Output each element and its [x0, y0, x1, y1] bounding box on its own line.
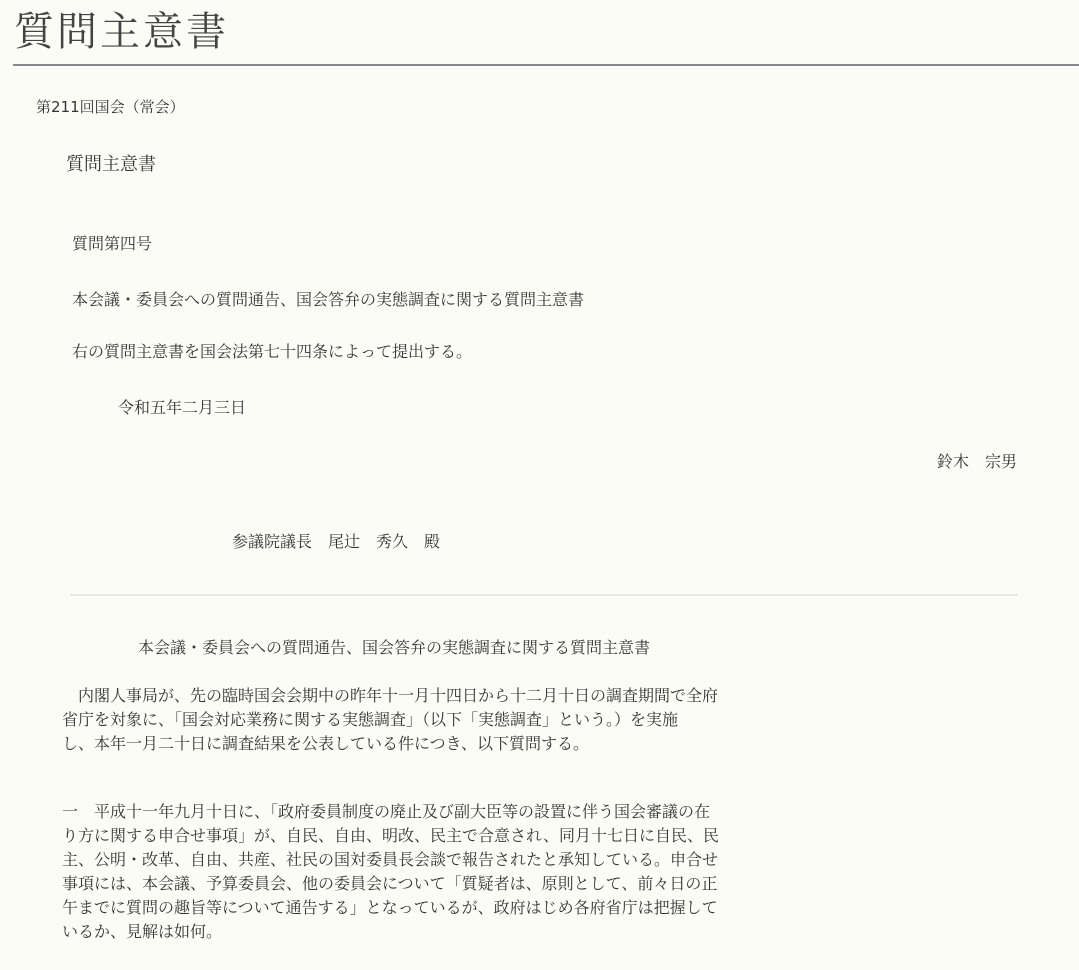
section-divider [70, 594, 1018, 596]
paragraph-line: 内閣人事局が、先の臨時国会会期中の昨年十一月十四日から十二月十日の調査期間で全府 [62, 684, 1030, 708]
paragraph-line: し、本年一月二十日に調査結果を公表している件につき、以下質問する。 [62, 732, 1030, 756]
paragraph-line: いるか、見解は如何。 [62, 920, 1030, 944]
intro-paragraph: 内閣人事局が、先の臨時国会会期中の昨年十一月十四日から十二月十日の調査期間で全府… [62, 684, 1030, 756]
paragraph-line: 午までに質問の趣旨等について通告する」となっているが、政府はじめ各府省庁は把握し… [62, 896, 1030, 920]
question-number: 質問第四号 [72, 232, 152, 256]
submission-date: 令和五年二月三日 [118, 396, 246, 420]
paragraph-line: 一 平成十一年九月十日に、「政府委員制度の廃止及び副大臣等の設置に伴う国会審議の… [62, 800, 1030, 824]
paragraph-line: 省庁を対象に、「国会対応業務に関する実態調査」（以下「実態調査」という。）を実施 [62, 708, 1030, 732]
paragraph-line: 事項には、本会議、予算委員会、他の委員会について「質疑者は、原則として、前々日の… [62, 872, 1030, 896]
recipient: 参議院議長 尾辻 秀久 殿 [232, 530, 440, 554]
paragraph-line: 主、公明・改革、自由、共産、社民の国対委員長会談で報告されたと承知している。申合… [62, 848, 1030, 872]
page-title: 質問主意書 [14, 8, 229, 56]
body-title: 本会議・委員会への質問通告、国会答弁の実態調査に関する質問主意書 [138, 636, 650, 660]
submission-note: 右の質問主意書を国会法第七十四条によって提出する。 [72, 340, 472, 364]
submitter-name: 鈴木 宗男 [937, 450, 1017, 474]
header-divider [13, 64, 1079, 66]
question-1-paragraph: 一 平成十一年九月十日に、「政府委員制度の廃止及び副大臣等の設置に伴う国会審議の… [62, 800, 1030, 944]
paragraph-line: り方に関する申合せ事項」が、自民、自由、明改、民主で合意され、同月十七日に自民、… [62, 824, 1030, 848]
question-title: 本会議・委員会への質問通告、国会答弁の実態調査に関する質問主意書 [72, 288, 584, 312]
diet-session: 第211回国会（常会） [36, 96, 185, 118]
document-type: 質問主意書 [66, 152, 156, 178]
